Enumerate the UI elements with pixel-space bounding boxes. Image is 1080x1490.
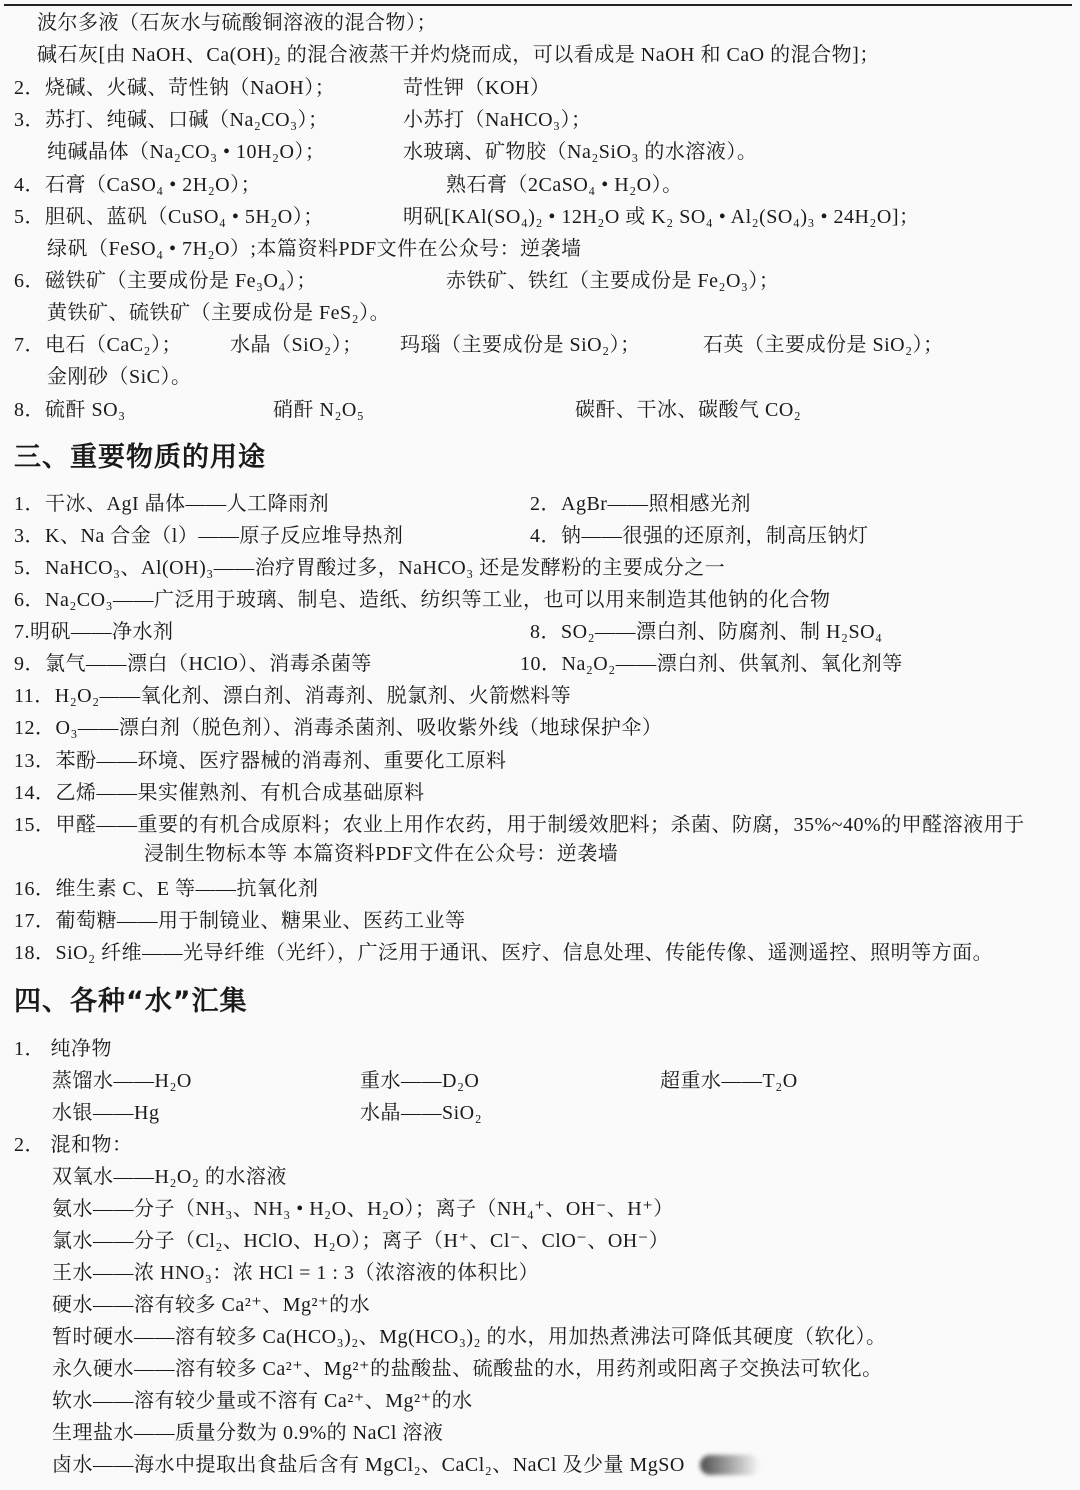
text-line: 碱石灰[由 NaOH、Ca(OH)₂ 的混合液蒸干并灼烧而成，可以看成是 NaO… [37,42,880,68]
list-item: 16．维生素 C、E 等——抗氧化剂 [14,876,319,902]
list-item: 水银——Hg [52,1100,159,1126]
text-line: 7．电石（CaC₂）； [14,332,182,358]
list-item: 17．葡萄糖——用于制镜业、糖果业、医药工业等 [14,908,466,934]
list-item: 重水——D₂O [360,1068,479,1094]
section-heading-waters: 四、各种“水”汇集 [14,985,248,1019]
list-item: 13．苯酚——环境、医疗器械的消毒剂、重要化工原料 [14,748,507,774]
list-item: 超重水——T₂O [660,1068,798,1094]
list-item: 1．干冰、AgI 晶体——人工降雨剂 [14,491,329,517]
text-line: 水玻璃、矿物胶（Na₂SiO₃ 的水溶液）。 [403,139,757,165]
text-line: 金刚砂（SiC）。 [47,364,192,390]
list-item: 7.明矾——净水剂 [14,619,174,645]
list-item: 水晶——SiO₂ [360,1100,482,1126]
list-item: 2． 混和物： [14,1132,133,1158]
list-item: 生理盐水——质量分数为 0.9%的 NaCl 溶液 [52,1420,443,1446]
text-line: 苛性钾（KOH） [403,75,550,101]
text-line: 水晶（SiO₂）； [230,332,363,358]
list-item: 14．乙烯——果实催熟剂、有机合成基础原料 [14,780,425,806]
list-item: 15．甲醛——重要的有机合成原料；农业上用作农药，用于制缓效肥料；杀菌、防腐，3… [14,812,1025,838]
text-line: 3．苏打、纯碱、口碱（Na₂CO₃）； [14,107,329,133]
list-item: 氨水——分子（NH₃、NH₃ • H₂O、H₂O）；离子（NH₄⁺、OH⁻、H⁺… [52,1196,674,1222]
list-item: 硬水——溶有较多 Ca²⁺、Mg²⁺的水 [52,1292,370,1318]
list-item: 暂时硬水——溶有较多 Ca(HCO₃)₂、Mg(HCO₃)₂ 的水，用加热煮沸法… [52,1324,886,1350]
list-item: 6．Na₂CO₃——广泛用于玻璃、制皂、造纸、纺织等工业，也可以用来制造其他钠的… [14,587,831,613]
list-item: 4．钠——很强的还原剂，制高压钠灯 [530,523,869,549]
text-line: 明矾[KAl(SO₄)₂ • 12H₂O 或 K₂ SO₄ • Al₂(SO₄)… [403,204,919,230]
text-line: 5．胆矾、蓝矾（CuSO₄ • 5H₂O）； [14,204,324,230]
text-line: 熟石膏（2CaSO₄ • H₂O）。 [446,172,683,198]
text-line: 6．磁铁矿（主要成份是 Fe₃O₄）； [14,268,317,294]
text-line: 2．烧碱、火碱、苛性钠（NaOH）； [14,75,335,101]
text-line: 绿矾（FeSO₄ • 7H₂O）;本篇资料PDF文件在公众号：逆袭墙 [47,236,582,262]
list-item: 蒸馏水——H₂O [52,1068,192,1094]
list-item: 3．K、Na 合金（l）——原子反应堆导热剂 [14,523,403,549]
list-item: 软水——溶有较少量或不溶有 Ca²⁺、Mg²⁺的水 [52,1388,473,1414]
list-item: 1． 纯净物 [14,1036,112,1062]
text-line: 硝酐 N₂O₅ [273,397,364,423]
text-line: 纯碱晶体（Na₂CO₃ • 10H₂O）； [47,139,325,165]
text-line: 8．硫酐 SO₃ [14,397,126,423]
top-rule [4,4,1072,6]
list-item: 5．NaHCO₃、Al(OH)₃——治疗胃酸过多，NaHCO₃ 还是发酵粉的主要… [14,555,725,581]
text-line: 碳酐、干冰、碳酸气 CO₂ [575,397,801,423]
list-item: 氯水——分子（Cl₂、HClO、H₂O）；离子（H⁺、Cl⁻、ClO⁻、OH⁻） [52,1228,669,1254]
list-item: 双氧水——H₂O₂ 的水溶液 [52,1164,287,1190]
text-line: 石英（主要成份是 SiO₂）； [703,332,944,358]
list-item: 王水——浓 HNO₃：浓 HCl = 1 : 3（浓溶液的体积比） [52,1260,539,1286]
list-item: 12．O₃——漂白剂（脱色剂）、消毒杀菌剂、吸收紫外线（地球保护伞） [14,715,662,741]
scan-smudge [700,1455,760,1475]
text-line: 4．石膏（CaSO₄ • 2H₂O）； [14,172,261,198]
list-item: 8．SO₂——漂白剂、防腐剂、制 H₂SO₄ [530,619,883,645]
list-item: 卤水——海水中提取出食盐后含有 MgCl₂、CaCl₂、NaCl 及少量 MgS… [52,1452,685,1478]
section-heading-uses: 三、重要物质的用途 [14,441,266,475]
list-item: 9．氯气——漂白（HClO）、消毒杀菌等 [14,651,372,677]
list-item: 2．AgBr——照相感光剂 [530,491,751,517]
text-line: 黄铁矿、硫铁矿（主要成份是 FeS₂）。 [47,300,390,326]
text-line: 玛瑙（主要成份是 SiO₂）； [400,332,641,358]
text-line: 波尔多液（石灰水与硫酸铜溶液的混合物）； [37,10,437,36]
list-item: 18．SiO₂ 纤维——光导纤维（光纤），广泛用于通讯、医疗、信息处理、传能传像… [14,940,993,966]
text-line: 小苏打（NaHCO₃）； [403,107,592,133]
list-item: 10．Na₂O₂——漂白剂、供氧剂、氧化剂等 [520,651,903,677]
text-line: 赤铁矿、铁红（主要成份是 Fe₂O₃）； [446,268,779,294]
list-item: 永久硬水——溶有较多 Ca²⁺、Mg²⁺的盐酸盐、硫酸盐的水，用药剂或阳离子交换… [52,1356,883,1382]
list-item: 浸制生物标本等 本篇资料PDF文件在公众号：逆袭墙 [144,841,618,867]
list-item: 11．H₂O₂——氧化剂、漂白剂、消毒剂、脱氯剂、火箭燃料等 [14,683,571,709]
